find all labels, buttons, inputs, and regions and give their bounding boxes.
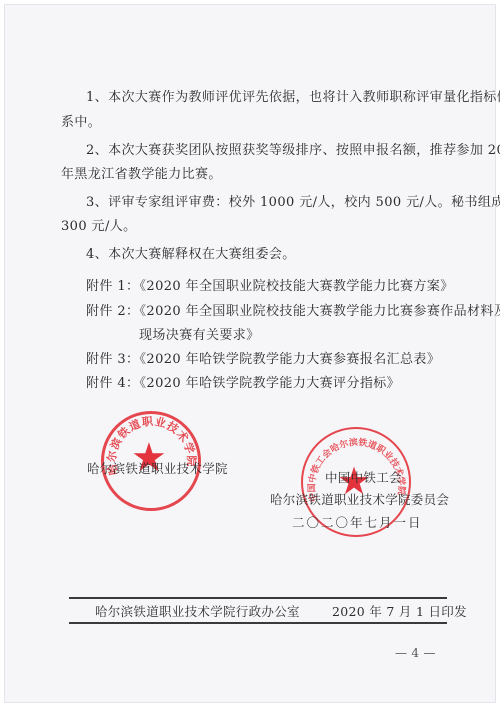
item-4-line-1: 4、本次大赛解释权在大赛组委会。 (86, 247, 296, 263)
item-1-line-2: 系中。 (61, 115, 101, 131)
item-2-line-2: 年黑龙江省教学能力比赛。 (61, 167, 222, 183)
item-1-line-1: 1、本次大赛作为教师评优评先依据，也将计入教师职称评审量化指标体 (86, 90, 500, 106)
attachment-1-label: 附件 1： (86, 279, 139, 295)
right-signature-org-line-1: 中国中铁工会 (325, 470, 402, 486)
item-3-line-1: 3、评审专家组评审费：校外 1000 元/人，校内 500 元/人。秘书组成员 (86, 195, 500, 211)
footer-top-rule (69, 597, 447, 599)
signature-date: 二〇二〇年七月一日 (292, 515, 423, 531)
attachment-3-label: 附件 3： (86, 352, 139, 368)
item-2-line-1: 2、本次大赛获奖团队按照获奖等级排序、按照申报名额，推荐参加 2020 (86, 143, 500, 159)
right-signature-org-line-2: 哈尔滨铁道职业技术学院委员会 (270, 492, 449, 508)
item-3-line-2: 300 元/人。 (61, 219, 137, 235)
footer-issue-date: 2020 年 7 月 1 日印发 (332, 604, 467, 620)
footer-issuer: 哈尔滨铁道职业技术学院行政办公室 (95, 604, 300, 620)
page-number: — 4 — (395, 645, 436, 661)
attachment-3-title: 《2020 年哈铁学院教学能力大赛参赛报名汇总表》 (133, 352, 440, 368)
attachment-4-label: 附件 4： (86, 376, 139, 392)
attachment-1-title: 《2020 年全国职业院校技能大赛教学能力比赛方案》 (133, 279, 454, 295)
footer-bottom-rule (69, 622, 447, 624)
document-page: 1、本次大赛作为教师评优评先依据，也将计入教师职称评审量化指标体 系中。 2、本… (4, 4, 496, 703)
attachment-2-title: 《2020 年全国职业院校技能大赛教学能力比赛参赛作品材料及 (133, 304, 500, 320)
left-signature-org: 哈尔滨铁道职业技术学院 (87, 461, 228, 477)
attachment-4-title: 《2020 年哈铁学院教学能力大赛评分指标》 (133, 376, 400, 392)
attachment-2-label: 附件 2： (86, 304, 139, 320)
attachment-2-title-cont: 现场决赛有关要求》 (139, 328, 260, 344)
